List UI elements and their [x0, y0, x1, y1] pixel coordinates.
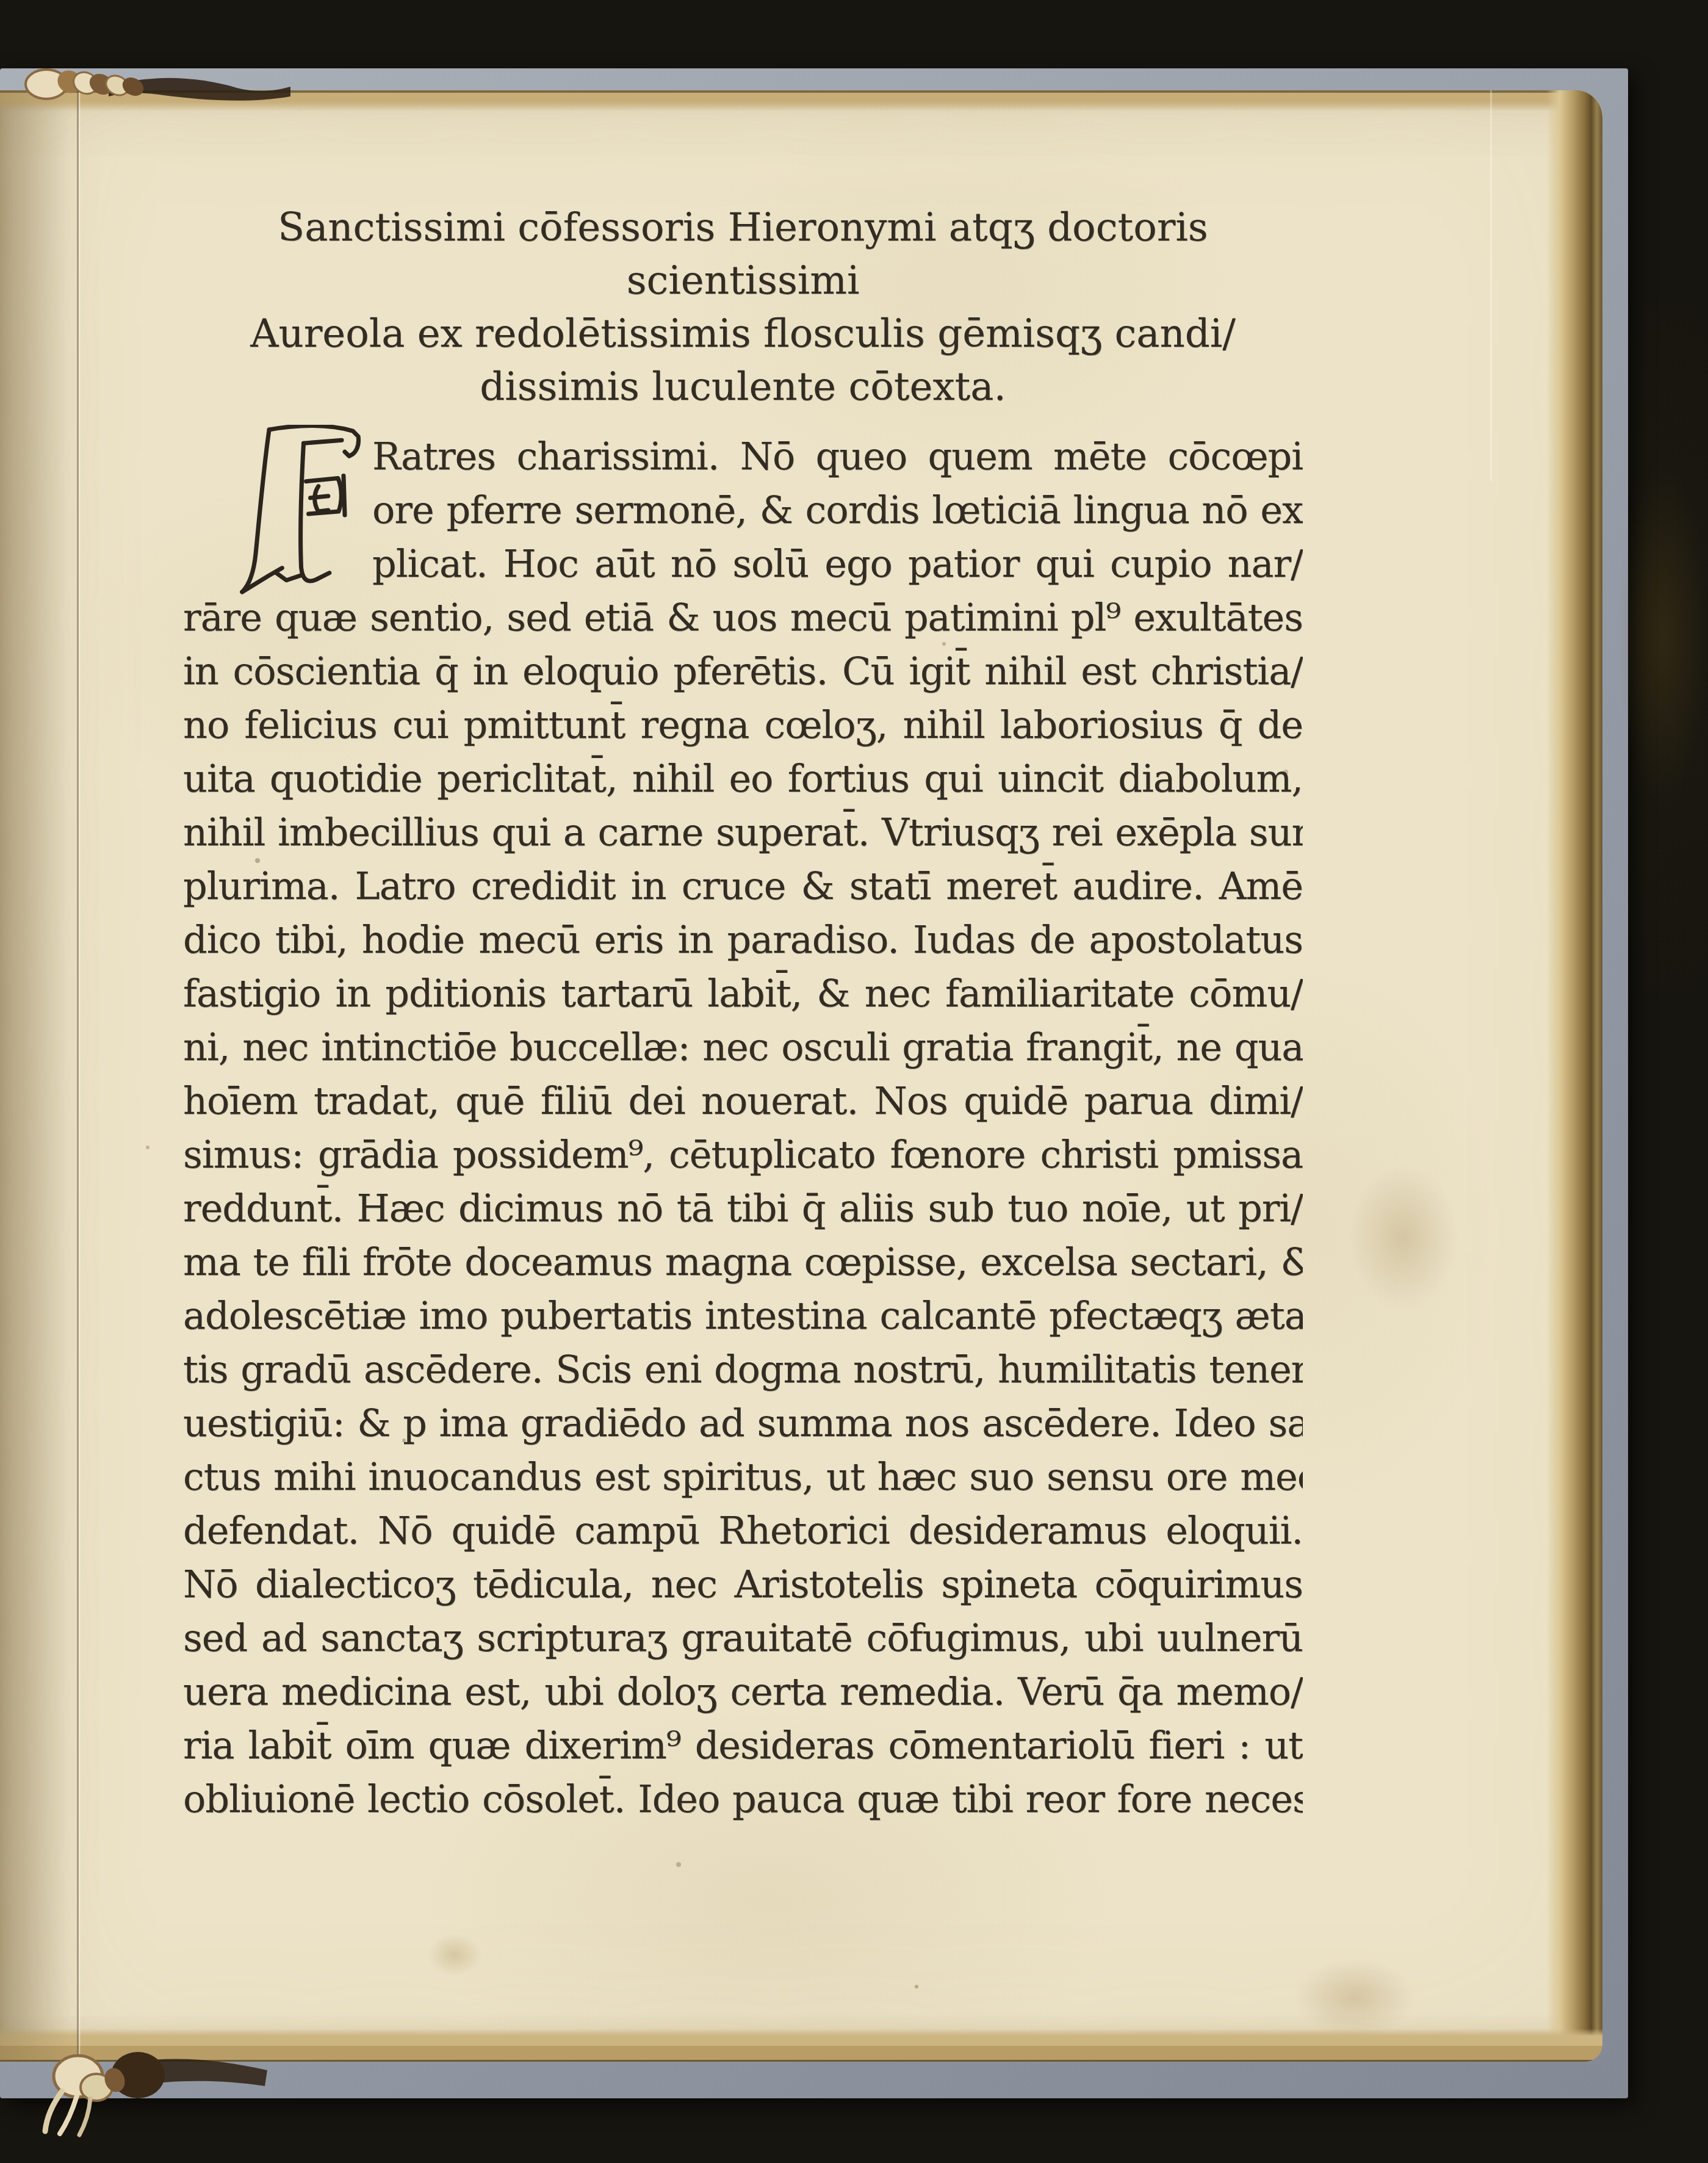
body-text-line: reddunt̄. Hæc dicimus nō tā tibi q̄ alii…	[183, 1182, 1303, 1235]
body-text-line: ctus mihi inuocandus est spiritus, ut hæ…	[183, 1450, 1303, 1504]
heading-line: Aureola ex redolētissimis flosculis gēmi…	[183, 308, 1303, 361]
body-text-line: ni, nec intinctiōe buccellæ: nec osculi …	[183, 1020, 1303, 1074]
body-text-line: fastigio in pditionis tartarū labit̄, & …	[183, 967, 1303, 1020]
body-text-line: ria labit̄ oīm quæ dixerim⁹ desideras cō…	[183, 1719, 1303, 1772]
body-text-line: hoīem tradat, quē filiū dei nouerat. Nos…	[183, 1074, 1303, 1128]
body-text-line: nihil imbecillius qui a carne superat̄. …	[183, 806, 1303, 859]
body-text-line: dico tibi, hodie mecū eris in paradiso. …	[183, 913, 1303, 967]
body-text-line: ore pferre sermonē, & cordis lœticiā lin…	[372, 483, 1303, 537]
headband-cord-top	[17, 56, 310, 112]
body-text-line: sed ad sanctaʒ scripturaʒ grauitatē cōfu…	[183, 1611, 1303, 1665]
body-text-line: in cōscientia q̄ in eloquio pferētis. Cū…	[183, 645, 1303, 698]
paper-specks	[0, 90, 2, 93]
body-text-line: uestigiū: & p ima gradiēdo ad summa nos …	[183, 1396, 1303, 1450]
body-text-line: uera medicina est, ubi doloʒ certa remed…	[183, 1665, 1303, 1719]
gutter-crease	[77, 90, 79, 2062]
body-text-line: no felicius cui pmittunt̄ regna cœloʒ, n…	[183, 698, 1303, 752]
gutter-shadow	[0, 90, 98, 2062]
paper-stain	[427, 1934, 482, 1976]
paper-stain	[1349, 1165, 1458, 1311]
body-text-line: plicat. Hoc aūt nō solū ego patior qui c…	[372, 537, 1303, 591]
fore-edge-crease	[1490, 90, 1492, 481]
body-text-line: simus: grādia possidem⁹, cētuplicato fœn…	[183, 1128, 1303, 1182]
paper-stain	[1294, 1958, 1416, 2037]
body-text-line: tis gradū ascēdere. Scis eni dogma nostr…	[183, 1343, 1303, 1396]
headband-cord-bottom	[11, 2028, 328, 2143]
backdrop-smudge	[1617, 464, 1708, 806]
body-text-line: obliuionē lectio cōsolet̄. Ideo pauca qu…	[183, 1772, 1303, 1826]
body-text-line: Ratres charissimi. Nō queo quem mēte cōc…	[372, 430, 1303, 483]
body-text-block: Ratres charissimi. Nō queo quem mēte cōc…	[183, 430, 1303, 1826]
body-text-line: Nō dialecticoʒ tēdicula, nec Aristotelis…	[183, 1558, 1303, 1611]
body-text-line: ma te fili frōte doceamus magna cœpisse,…	[183, 1235, 1303, 1289]
page-fore-edge	[1546, 90, 1602, 2062]
heading-line: dissimis luculente cōtexta.	[183, 361, 1303, 414]
book-page: Sanctissimi cōfessoris Hieronymi atqʒ do…	[0, 90, 1602, 2062]
body-text-line: plurima. Latro credidit in cruce & statī…	[183, 859, 1303, 913]
body-text-line: rāre quæ sentio, sed etiā & uos mecū pat…	[183, 591, 1303, 645]
body-text-line: defendat. Nō quidē campū Rhetorici desid…	[183, 1504, 1303, 1558]
title-heading: Sanctissimi cōfessoris Hieronymi atqʒ do…	[183, 201, 1303, 414]
body-text-line: adolescētiæ imo pubertatis intestina cal…	[183, 1289, 1303, 1343]
body-text-line: uita quotidie periclitat̄, nihil eo fort…	[183, 752, 1303, 806]
photo-backdrop: { "document": { "heading": { "lines": [ …	[0, 0, 1708, 2163]
heading-line: Sanctissimi cōfessoris Hieronymi atqʒ do…	[183, 201, 1303, 308]
